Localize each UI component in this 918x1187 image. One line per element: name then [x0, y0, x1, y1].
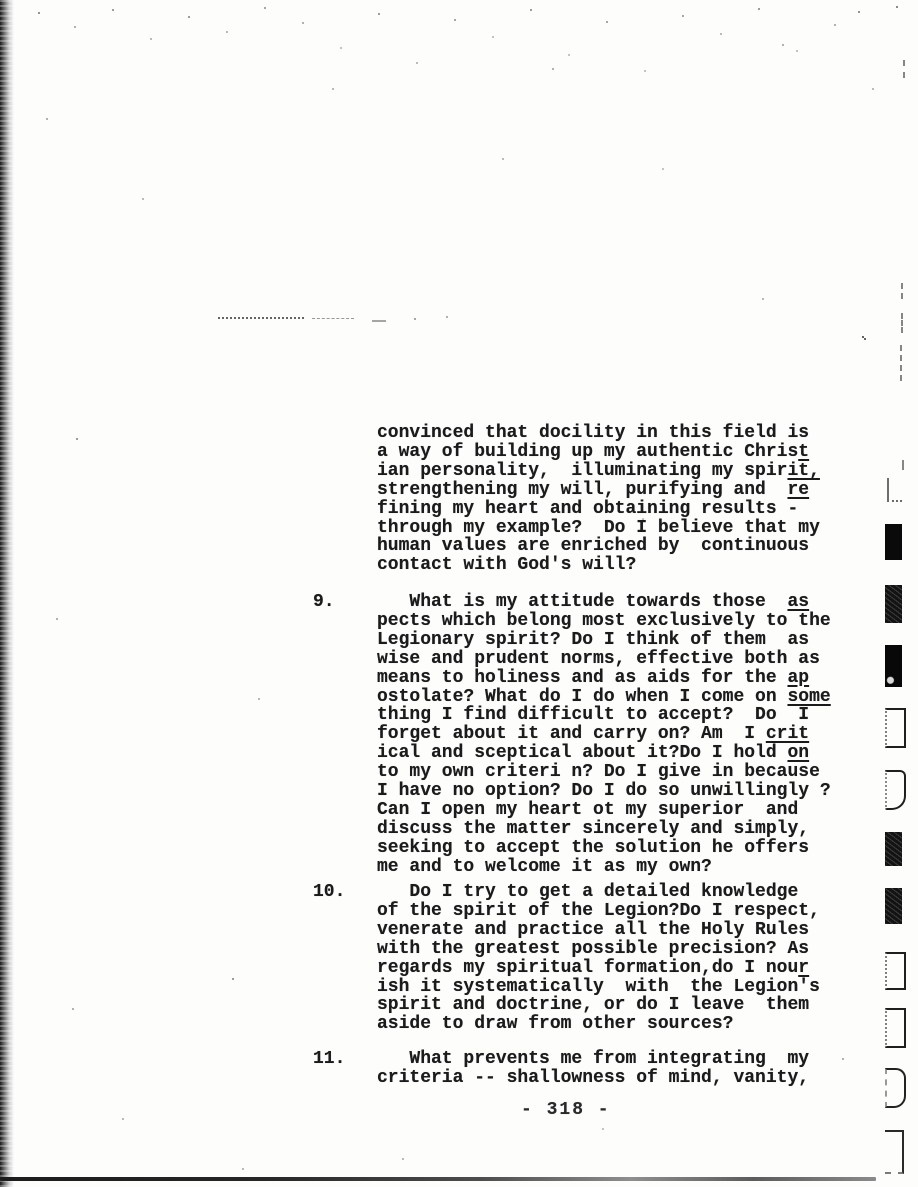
text-line: means to holiness and as aids for the ap [377, 669, 831, 688]
text-line: fining my heart and obtaining results - [377, 500, 820, 519]
paragraph-number: 9. [313, 593, 335, 612]
text-line: Can I open my heart ot my superior and [377, 801, 831, 820]
text-line: wise and prudent norms, effective both a… [377, 650, 831, 669]
text-line: through my example? Do I believe that my [377, 519, 820, 538]
text-line: What prevents me from integrating my [377, 1050, 809, 1069]
paragraph-number: 10. [313, 883, 345, 902]
text-line: a way of building up my authentic Christ [377, 443, 820, 462]
text-line: aside to draw from other sources? [377, 1015, 820, 1034]
text-line: What is my attitude towards those as [377, 593, 831, 612]
paragraph-lines: What is my attitude towards those aspect… [377, 593, 831, 877]
text-line: with the greatest possible precision? As [377, 940, 820, 959]
text-line: strengthening my will, purifying and re [377, 481, 820, 500]
paragraph-lines: convinced that docility in this field is… [377, 424, 820, 575]
text-line: criteria -- shallowness of mind, vanity, [377, 1069, 809, 1088]
paragraph-lines: Do I try to get a detailed knowledgeof t… [377, 883, 820, 1034]
page-number: - 318 - [521, 1100, 611, 1120]
text-line: to my own criteri n? Do I give in becaus… [377, 763, 831, 782]
text-line: ostolate? What do I do when I come on so… [377, 688, 831, 707]
text-line: Do I try to get a detailed knowledge [377, 883, 820, 902]
paragraph-number: 11. [313, 1050, 345, 1069]
paragraph-lines: What prevents me from integrating mycrit… [377, 1050, 809, 1088]
text-line: spirit and doctrine, or do I leave them [377, 996, 820, 1015]
scanned-page: convinced that docility in this field is… [0, 0, 918, 1187]
text-line: I have no option? Do I do so unwillingly… [377, 782, 831, 801]
text-line: ian personality, illuminating my spirit, [377, 462, 820, 481]
text-line: me and to welcome it as my own? [377, 858, 831, 877]
text-line: forget about it and carry on? Am I crit [377, 725, 831, 744]
text-line: pects which belong most exclusively to t… [377, 612, 831, 631]
text-line: regards my spiritual formation,do I nour [377, 959, 820, 978]
text-line: of the spirit of the Legion?Do I respect… [377, 902, 820, 921]
text-line: Legionary spirit? Do I think of them as [377, 631, 831, 650]
text-line: venerate and practice all the Holy Rules [377, 921, 820, 940]
text-line: seeking to accept the solution he offers [377, 839, 831, 858]
text-line: ish it systematically with the Legion's [377, 978, 820, 997]
text-line: thing I find difficult to accept? Do I [377, 706, 831, 725]
text-line: ical and sceptical about it?Do I hold on [377, 744, 831, 763]
text-line: convinced that docility in this field is [377, 424, 820, 443]
text-line: human values are enriched by continuous [377, 537, 820, 556]
text-line: contact with God's will? [377, 556, 820, 575]
text-line: discuss the matter sincerely and simply, [377, 820, 831, 839]
